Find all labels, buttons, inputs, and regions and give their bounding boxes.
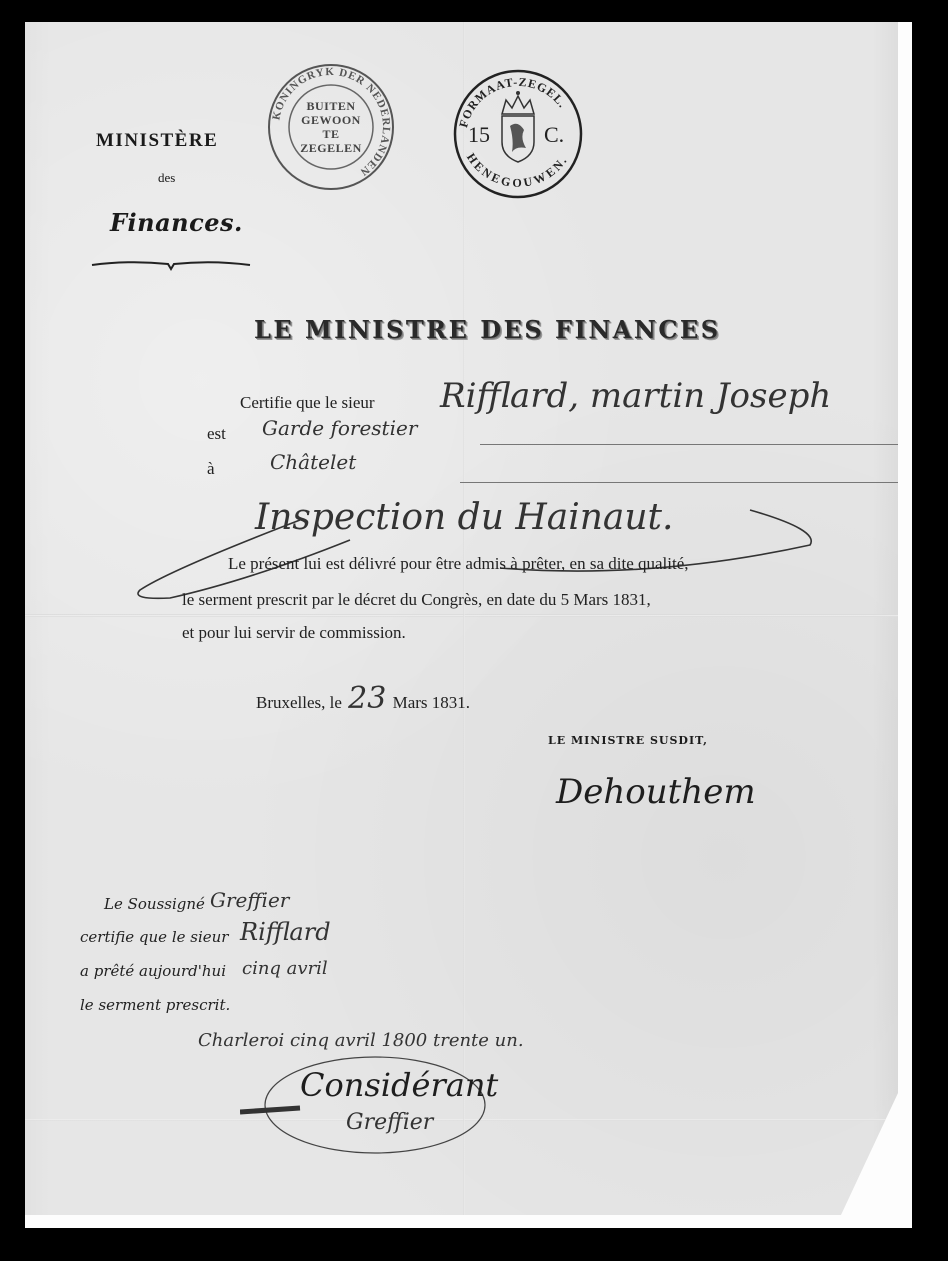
oath-line-3-value: cinq avril [242,958,328,979]
flourish-divider-icon [90,258,252,272]
oath-line-3-label: a prêté aujourd'hui [80,962,226,980]
letterhead-finances: Finances. [110,208,243,237]
stamp-buiten-gewoon: KONINGRYK DER NEDERLANDEN BUITEN GEWOON … [266,62,396,192]
body-line-3: et pour lui servir de commission. [182,623,406,643]
body-line-1: Le présent lui est délivré pour être adm… [228,554,689,574]
date-suffix: Mars 1831. [393,693,470,712]
certifie-label: Certifie que le sieur [240,393,375,413]
fold-crease [25,614,898,617]
minister-signature: Dehouthem [556,772,756,812]
oath-line-2-label: certifie que le sieur [80,928,228,946]
oath-line-4-label: le serment prescrit. [80,996,230,1014]
greffier-signature-title: Greffier [346,1110,433,1135]
certifie-handwritten-name: Rifflard, martin Joseph [440,376,831,416]
body-line-2: le serment prescrit par le décret du Con… [182,590,651,610]
stamp-formaat-zegel: FORMAAT-ZEGEL. HENEGOUWEN. 15 C. [452,68,584,200]
date-prefix: Bruxelles, le [256,693,342,712]
est-handwritten-value: Garde forestier [262,416,417,440]
form-rule [460,482,898,483]
date-line: Bruxelles, le 23 Mars 1831. [256,681,470,716]
est-label: est [207,424,226,444]
minister-signature-label: LE MINISTRE SUSDIT, [548,734,708,747]
stamp-unit: C. [544,122,564,148]
oath-line-1-value: Greffier [210,888,289,912]
a-label: à [207,459,215,479]
date-day-handwritten: 23 [348,681,386,716]
oath-line-2-value: Rifflard [240,918,331,946]
greffier-signature: Considérant [300,1066,498,1104]
form-rule [480,444,898,445]
oath-place-date: Charleroi cinq avril 1800 trente un. [198,1030,524,1051]
stamp-value: 15 [468,122,490,148]
letterhead-des: des [158,170,175,186]
a-handwritten-value: Châtelet [270,450,356,474]
document-title: LE MINISTRE DES FINANCES [254,315,721,344]
oath-line-1-label: Le Soussigné [104,895,205,913]
letterhead-ministere: MINISTÈRE [96,130,218,152]
